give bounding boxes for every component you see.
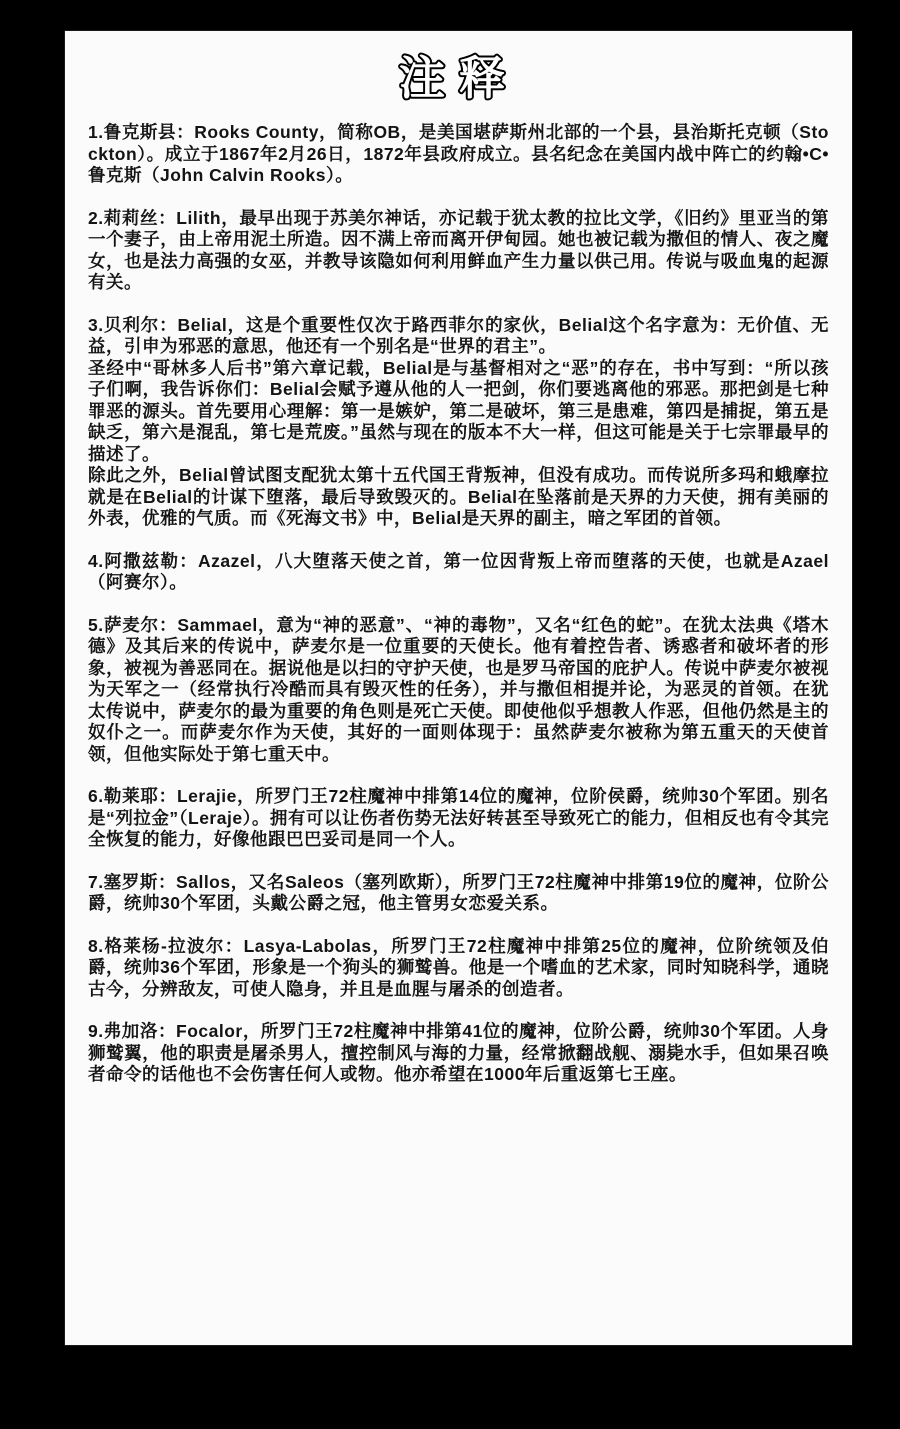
note-item: 5.萨麦尔：Sammael，意为“神的恶意”、“神的毒物”，又名“红色的蛇”。在… — [88, 615, 829, 766]
note-paragraph: 9.弗加洛：Focalor，所罗门王72柱魔神中排第41位的魔神，位阶公爵，统帅… — [88, 1021, 829, 1086]
page-title: 注释 — [399, 52, 519, 104]
note-paragraph: 除此之外，Belial曾试图支配犹太第十五代国王背叛神，但没有成功。而传说所多玛… — [88, 465, 829, 530]
note-paragraph: 4.阿撒兹勒：Azazel，八大堕落天使之首，第一位因背叛上帝而堕落的天使，也就… — [88, 551, 829, 594]
note-item: 3.贝利尔：Belial，这是个重要性仅次于路西菲尔的家伙，Belial这个名字… — [88, 315, 829, 530]
note-paragraph: 8.格莱杨-拉波尔：Lasya-Labolas，所罗门王72柱魔神中排第25位的… — [88, 936, 829, 1001]
note-item: 9.弗加洛：Focalor，所罗门王72柱魔神中排第41位的魔神，位阶公爵，统帅… — [88, 1021, 829, 1086]
note-item: 7.塞罗斯：Sallos，又名Saleos（塞列欧斯），所罗门王72柱魔神中排第… — [88, 872, 829, 915]
note-paragraph: 6.勒莱耶：Lerajie，所罗门王72柱魔神中排第14位的魔神，位阶侯爵，统帅… — [88, 786, 829, 851]
note-paragraph: 3.贝利尔：Belial，这是个重要性仅次于路西菲尔的家伙，Belial这个名字… — [88, 315, 829, 358]
note-paragraph: 1.鲁克斯县：Rooks County，简称OB，是美国堪萨斯州北部的一个县，县… — [88, 122, 829, 187]
notes-list: 1.鲁克斯县：Rooks County，简称OB，是美国堪萨斯州北部的一个县，县… — [88, 122, 829, 1086]
page-title-art: 注释 — [339, 46, 579, 110]
note-paragraph: 2.莉莉丝：Lilith，最早出现于苏美尔神话，亦记载于犹太教的拉比文学，《旧约… — [88, 208, 829, 294]
note-item: 8.格莱杨-拉波尔：Lasya-Labolas，所罗门王72柱魔神中排第25位的… — [88, 936, 829, 1001]
note-item: 2.莉莉丝：Lilith，最早出现于苏美尔神话，亦记载于犹太教的拉比文学，《旧约… — [88, 208, 829, 294]
page-title-block: 注释 — [88, 46, 829, 110]
scanned-page: 注释 1.鲁克斯县：Rooks County，简称OB，是美国堪萨斯州北部的一个… — [64, 30, 853, 1346]
note-item: 1.鲁克斯县：Rooks County，简称OB，是美国堪萨斯州北部的一个县，县… — [88, 122, 829, 187]
note-item: 6.勒莱耶：Lerajie，所罗门王72柱魔神中排第14位的魔神，位阶侯爵，统帅… — [88, 786, 829, 851]
note-item: 4.阿撒兹勒：Azazel，八大堕落天使之首，第一位因背叛上帝而堕落的天使，也就… — [88, 551, 829, 594]
note-paragraph: 5.萨麦尔：Sammael，意为“神的恶意”、“神的毒物”，又名“红色的蛇”。在… — [88, 615, 829, 766]
note-paragraph: 7.塞罗斯：Sallos，又名Saleos（塞列欧斯），所罗门王72柱魔神中排第… — [88, 872, 829, 915]
page-content: 注释 1.鲁克斯县：Rooks County，简称OB，是美国堪萨斯州北部的一个… — [64, 30, 853, 1086]
note-paragraph: 圣经中“哥林多人后书”第六章记载，Belial是与基督相对之“恶”的存在，书中写… — [88, 358, 829, 466]
